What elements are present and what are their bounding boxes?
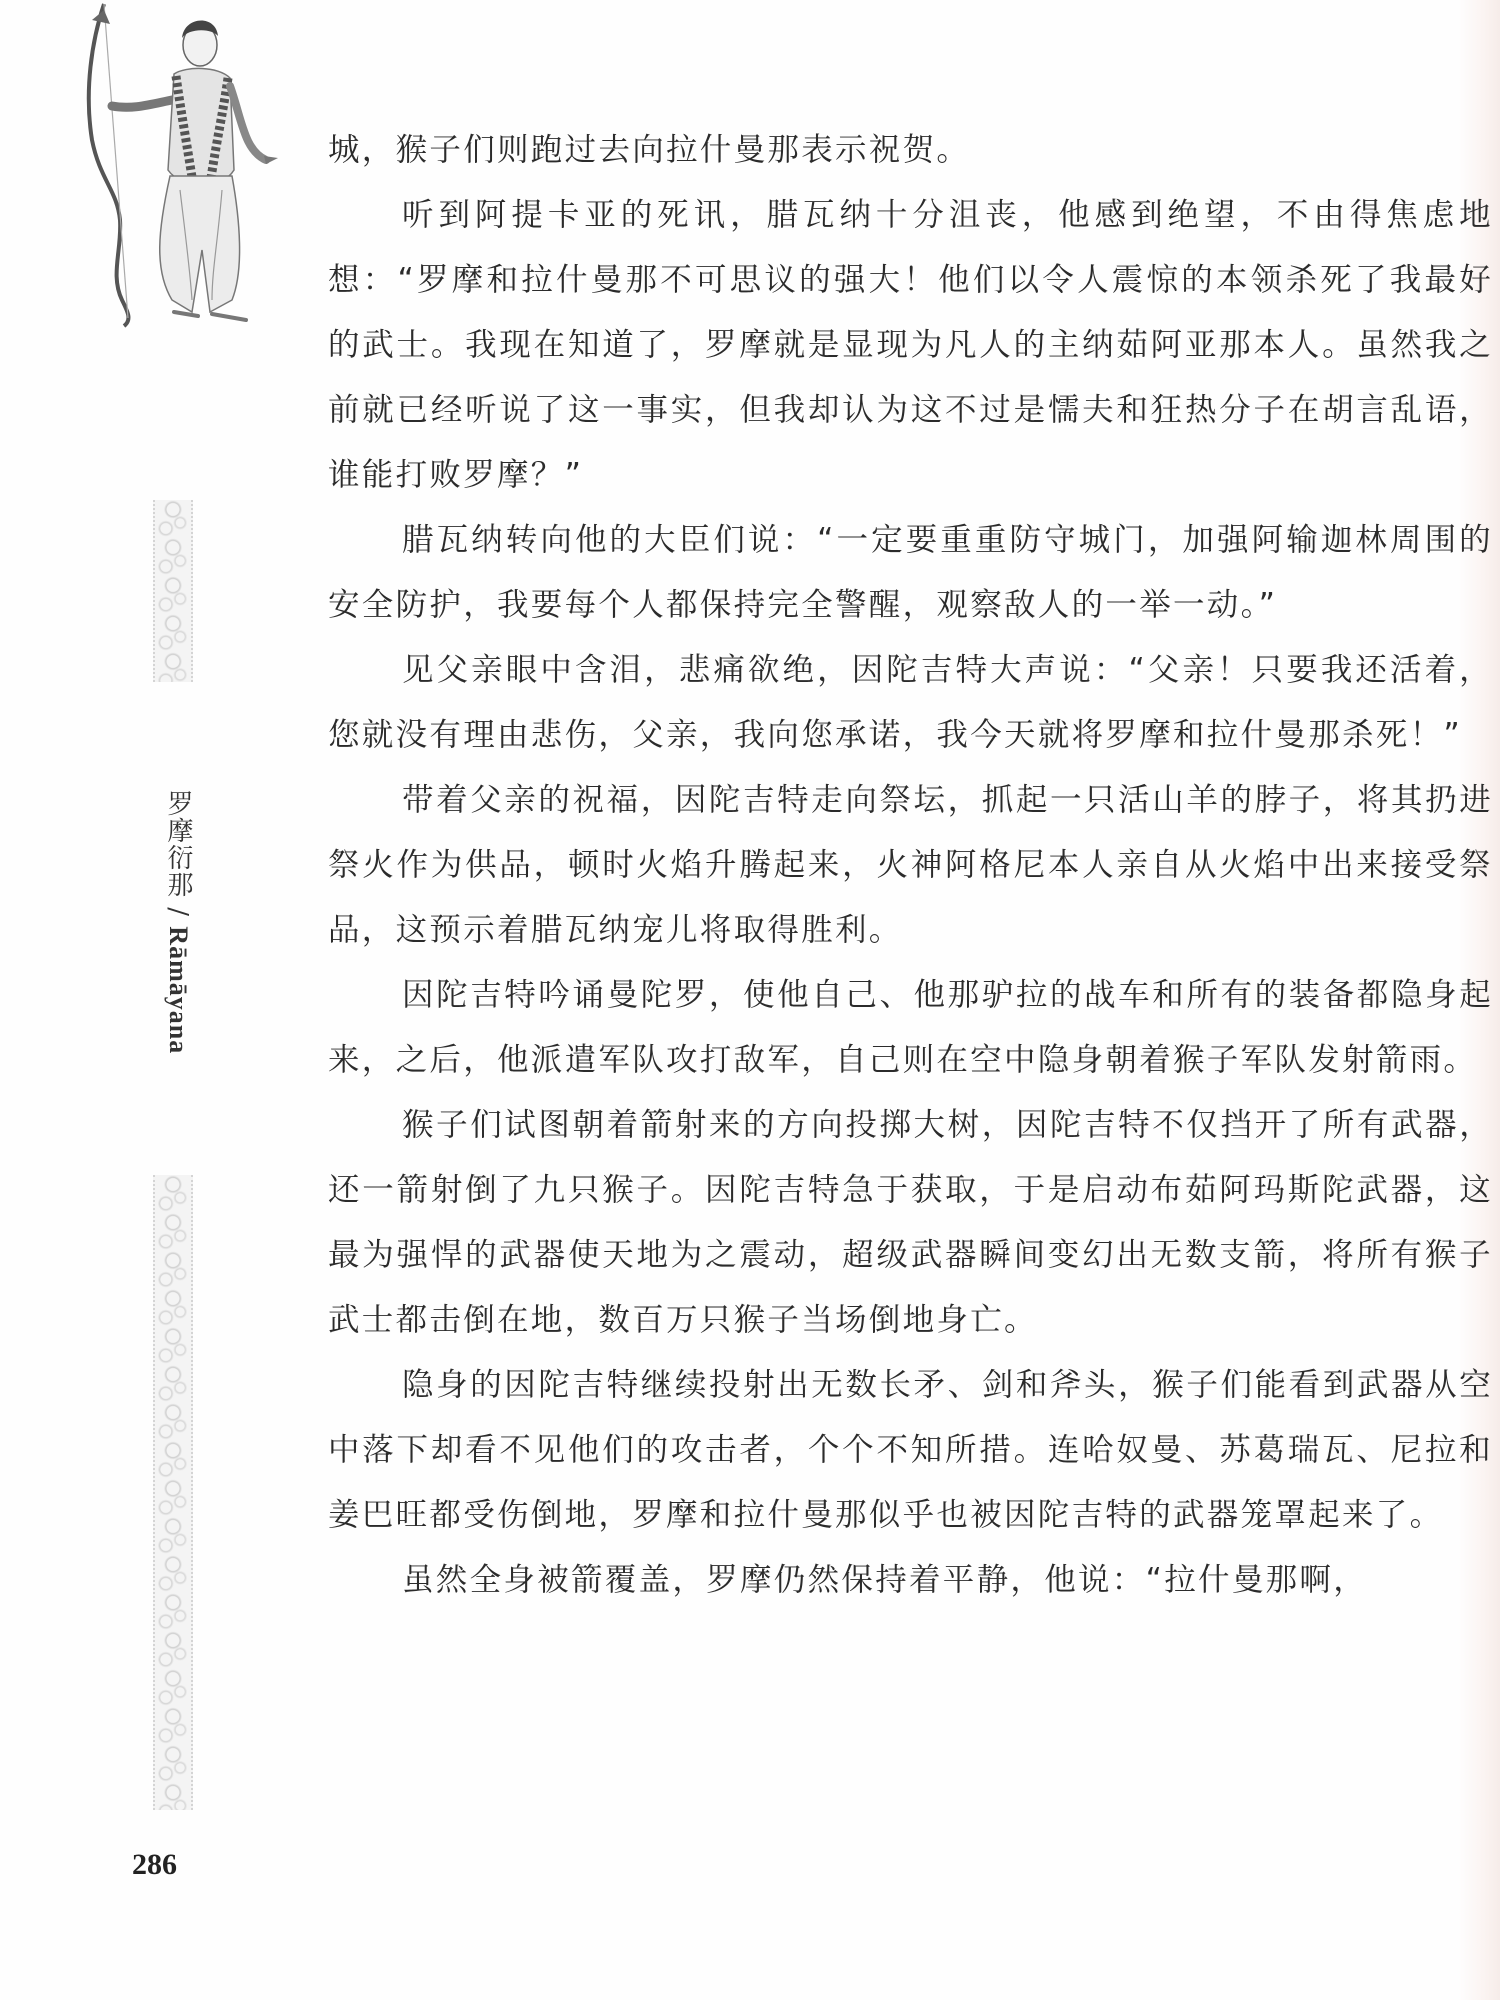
paragraph: 腊瓦纳转向他的大臣们说：“一定要重重防守城门，加强阿输迦林周围的安全防护，我要每… bbox=[328, 508, 1493, 638]
paragraph: 城，猴子们则跑过去向拉什曼那表示祝贺。 bbox=[328, 118, 1493, 183]
paragraph: 虽然全身被箭覆盖，罗摩仍然保持着平静，他说：“拉什曼那啊， bbox=[328, 1548, 1493, 1613]
paragraph: 见父亲眼中含泪，悲痛欲绝，因陀吉特大声说：“父亲！只要我还活着，您就没有理由悲伤… bbox=[328, 638, 1493, 768]
body-text: 城，猴子们则跑过去向拉什曼那表示祝贺。 听到阿提卡亚的死讯，腊瓦纳十分沮丧，他感… bbox=[328, 118, 1493, 1613]
paragraph: 带着父亲的祝福，因陀吉特走向祭坛，抓起一只活山羊的脖子，将其扔进祭火作为供品，顿… bbox=[328, 768, 1493, 963]
running-head: 罗摩衍那 / Rāmāyana bbox=[150, 790, 200, 1090]
rama-illustration bbox=[62, 0, 302, 335]
decorative-border-top bbox=[153, 500, 193, 682]
running-head-latin: Rāmāyana bbox=[164, 926, 193, 1054]
running-head-chinese: 罗摩衍那 bbox=[163, 790, 193, 898]
rama-figure-icon bbox=[62, 0, 302, 335]
paragraph: 听到阿提卡亚的死讯，腊瓦纳十分沮丧，他感到绝望，不由得焦虑地想：“罗摩和拉什曼那… bbox=[328, 183, 1493, 508]
paragraph: 隐身的因陀吉特继续投射出无数长矛、剑和斧头，猴子们能看到武器从空中落下却看不见他… bbox=[328, 1353, 1493, 1548]
paragraph: 因陀吉特吟诵曼陀罗，使他自己、他那驴拉的战车和所有的装备都隐身起来，之后，他派遣… bbox=[328, 963, 1493, 1093]
page-number: 286 bbox=[132, 1848, 177, 1882]
running-head-separator: / bbox=[163, 898, 193, 926]
paragraph: 猴子们试图朝着箭射来的方向投掷大树，因陀吉特不仅挡开了所有武器，还一箭射倒了九只… bbox=[328, 1093, 1493, 1353]
decorative-border-bottom bbox=[153, 1175, 193, 1810]
